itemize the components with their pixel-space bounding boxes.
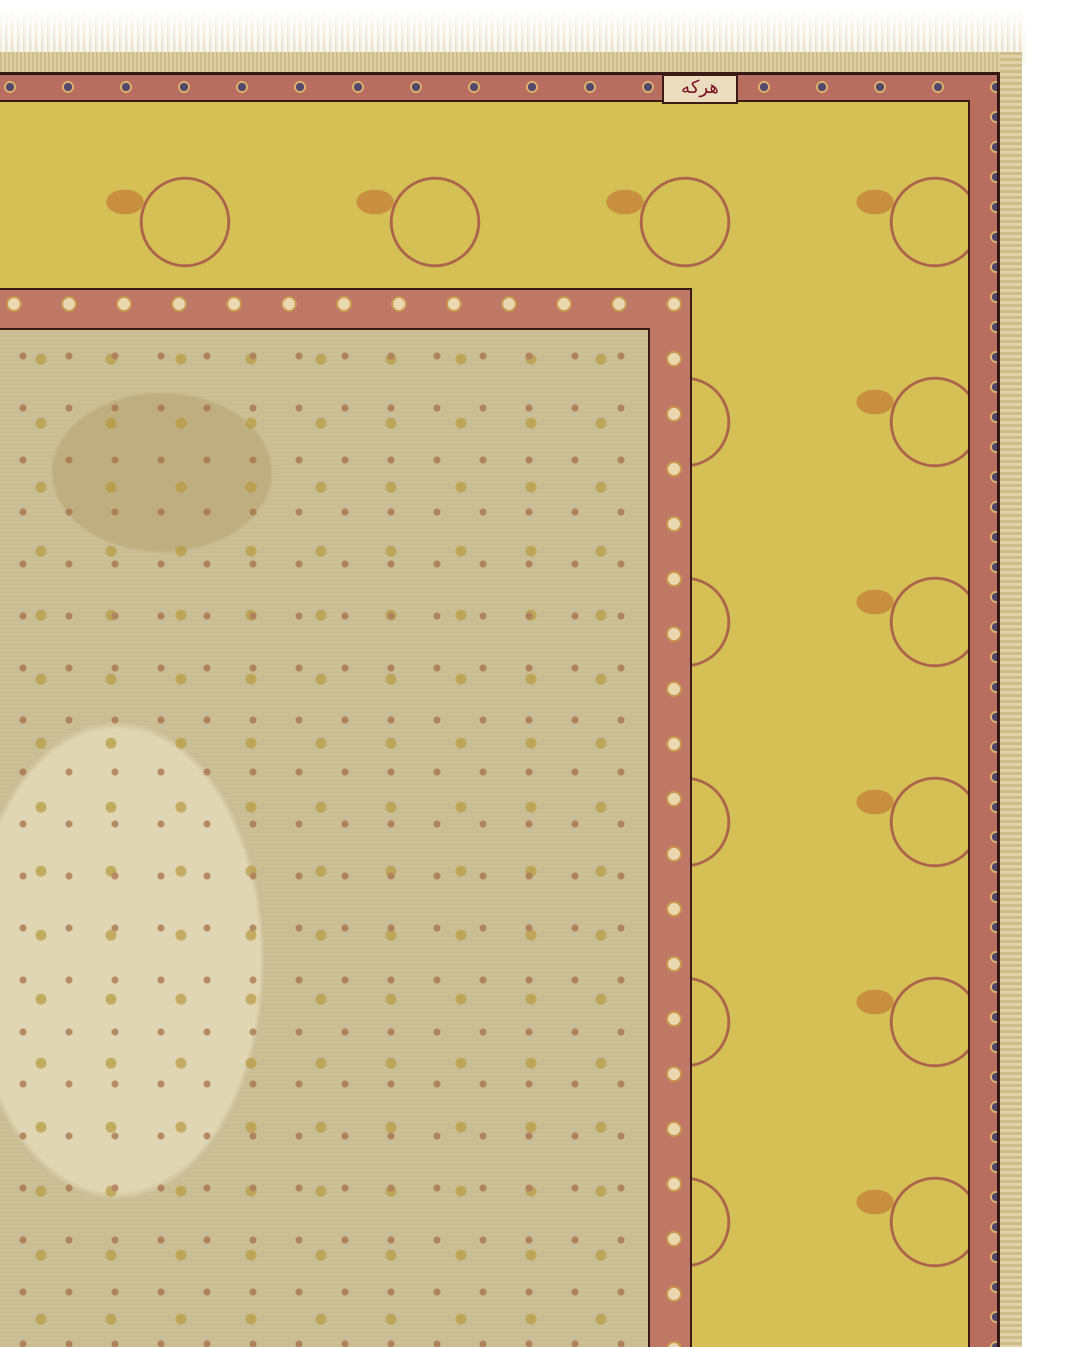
rug-side-selvedge	[1000, 52, 1022, 1347]
signature-cartouche: هركه	[662, 74, 738, 104]
rug-field	[0, 328, 650, 1347]
rug-photo: هركه Close-up photograph of the top-righ…	[0, 0, 1080, 1347]
rug-top-selvedge	[0, 52, 1022, 72]
rug-body	[0, 52, 1022, 1347]
